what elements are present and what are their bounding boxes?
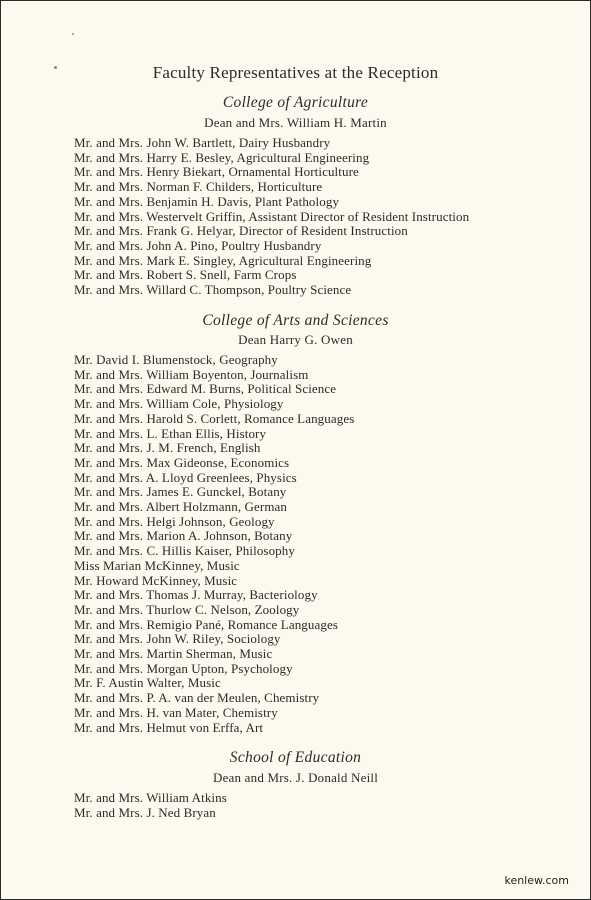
paper-speck [72, 33, 74, 35]
list-item: Mr. and Mrs. William Boyenton, Journalis… [74, 368, 354, 383]
list-item: Mr. and Mrs. John W. Bartlett, Dairy Hus… [74, 136, 469, 151]
list-item: Mr. Howard McKinney, Music [74, 574, 354, 589]
list-item: Mr. and Mrs. Harold S. Corlett, Romance … [74, 412, 354, 427]
list-item: Mr. and Mrs. P. A. van der Meulen, Chemi… [74, 691, 354, 706]
list-item: Mr. and Mrs. Helgi Johnson, Geology [74, 515, 354, 530]
list-item: Mr. and Mrs. J. Ned Bryan [74, 806, 227, 821]
section-heading-agriculture: College of Agriculture [1, 94, 590, 112]
list-item: Miss Marian McKinney, Music [74, 559, 354, 574]
list-item: Mr. and Mrs. Mark E. Singley, Agricultur… [74, 254, 469, 269]
dean-arts-sciences: Dean Harry G. Owen [1, 332, 590, 348]
dean-agriculture: Dean and Mrs. William H. Martin [1, 115, 590, 131]
list-item: Mr. and Mrs. John A. Pino, Poultry Husba… [74, 239, 469, 254]
list-item: Mr. and Mrs. William Cole, Physiology [74, 397, 354, 412]
list-item: Mr. David I. Blumenstock, Geography [74, 353, 354, 368]
list-item: Mr. and Mrs. Marion A. Johnson, Botany [74, 529, 354, 544]
member-list-education: Mr. and Mrs. William Atkins Mr. and Mrs.… [74, 791, 227, 820]
list-item: Mr. and Mrs. Harry E. Besley, Agricultur… [74, 151, 469, 166]
list-item: Mr. and Mrs. Morgan Upton, Psychology [74, 662, 354, 677]
list-item: Mr. and Mrs. Martin Sherman, Music [74, 647, 354, 662]
list-item: Mr. and Mrs. Norman F. Childers, Horticu… [74, 180, 469, 195]
list-item: Mr. and Mrs. L. Ethan Ellis, History [74, 427, 354, 442]
list-item: Mr. and Mrs. John W. Riley, Sociology [74, 632, 354, 647]
document-page: Faculty Representatives at the Reception… [0, 0, 591, 900]
list-item: Mr. and Mrs. William Atkins [74, 791, 227, 806]
list-item: Mr. F. Austin Walter, Music [74, 676, 354, 691]
list-item: Mr. and Mrs. Max Gideonse, Economics [74, 456, 354, 471]
list-item: Mr. and Mrs. Thurlow C. Nelson, Zoology [74, 603, 354, 618]
list-item: Mr. and Mrs. J. M. French, English [74, 441, 354, 456]
list-item: Mr. and Mrs. Frank G. Helyar, Director o… [74, 224, 469, 239]
watermark: kenlew.com [504, 874, 569, 887]
page-title: Faculty Representatives at the Reception [1, 63, 590, 83]
list-item: Mr. and Mrs. H. van Mater, Chemistry [74, 706, 354, 721]
list-item: Mr. and Mrs. James E. Gunckel, Botany [74, 485, 354, 500]
list-item: Mr. and Mrs. Robert S. Snell, Farm Crops [74, 268, 469, 283]
list-item: Mr. and Mrs. C. Hillis Kaiser, Philosoph… [74, 544, 354, 559]
list-item: Mr. and Mrs. A. Lloyd Greenlees, Physics [74, 471, 354, 486]
section-heading-arts-sciences: College of Arts and Sciences [1, 312, 590, 330]
list-item: Mr. and Mrs. Helmut von Erffa, Art [74, 721, 354, 736]
member-list-arts-sciences: Mr. David I. Blumenstock, Geography Mr. … [74, 353, 354, 735]
list-item: Mr. and Mrs. Thomas J. Murray, Bacteriol… [74, 588, 354, 603]
section-heading-education: School of Education [1, 749, 590, 767]
list-item: Mr. and Mrs. Henry Biekart, Ornamental H… [74, 165, 469, 180]
list-item: Mr. and Mrs. Albert Holzmann, German [74, 500, 354, 515]
list-item: Mr. and Mrs. Benjamin H. Davis, Plant Pa… [74, 195, 469, 210]
list-item: Mr. and Mrs. Remigio Pané, Romance Langu… [74, 618, 354, 633]
list-item: Mr. and Mrs. Edward M. Burns, Political … [74, 382, 354, 397]
dean-education: Dean and Mrs. J. Donald Neill [1, 770, 590, 786]
member-list-agriculture: Mr. and Mrs. John W. Bartlett, Dairy Hus… [74, 136, 469, 298]
list-item: Mr. and Mrs. Willard C. Thompson, Poultr… [74, 283, 469, 298]
list-item: Mr. and Mrs. Westervelt Griffin, Assista… [74, 210, 469, 225]
